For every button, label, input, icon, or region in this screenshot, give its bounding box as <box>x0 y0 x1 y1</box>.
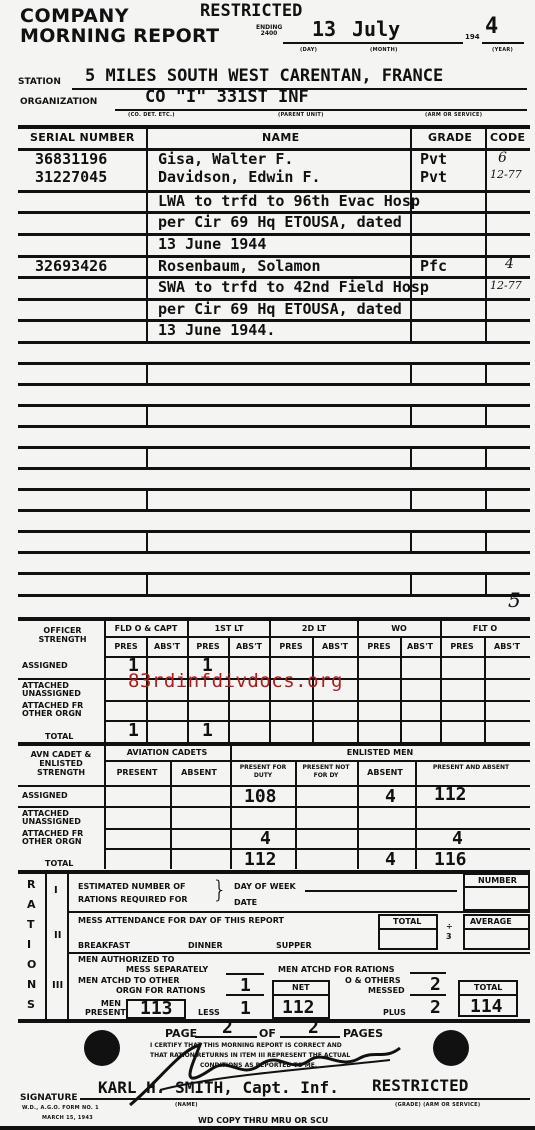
blank-col-divider <box>146 446 148 467</box>
form-bottom-border <box>0 1126 535 1130</box>
roster-remark: SWA to trfd to 42nd Field Hosp <box>158 278 429 296</box>
roster-serial: 32693426 <box>35 257 107 275</box>
roster-grade: Pfc <box>420 257 447 275</box>
rations-required-label-1: ESTIMATED NUMBER OF <box>78 882 185 891</box>
month-caption: (MONTH) <box>370 47 398 53</box>
blank-col-divider <box>146 488 148 509</box>
restricted-stamp-top: RESTRICTED <box>200 1 302 21</box>
wd-copy-note: WD COPY THRU MRU OR SCU <box>198 1116 328 1125</box>
organization-label: ORGANIZATION <box>20 97 97 107</box>
rations-top-border <box>18 870 530 874</box>
officer-row-line <box>104 656 530 658</box>
column-header-code: CODE <box>490 131 525 144</box>
blank-col-divider <box>410 362 412 383</box>
divide-by-three-label: ÷ 3 <box>446 922 454 942</box>
section-1-divider <box>67 911 530 913</box>
officer-subcol-pres: PRES <box>188 642 228 651</box>
blank-col-divider <box>410 530 412 551</box>
blank-col-divider <box>485 404 487 425</box>
roster-code: 12-77 <box>490 279 522 292</box>
men-present-value: 113 <box>140 998 173 1019</box>
rations-letter: R <box>27 878 35 891</box>
blank-col-divider <box>410 446 412 467</box>
year-underline <box>482 42 524 44</box>
rations-letter: O <box>27 958 36 971</box>
station-value: 5 MILES SOUTH WEST CARENTAN, FRANCE <box>85 66 443 86</box>
blank-rule <box>18 488 530 491</box>
name-caption: (NAME) <box>175 1102 198 1108</box>
blank-col-divider <box>410 488 412 509</box>
roster-name: Davidson, Edwin F. <box>158 168 321 186</box>
officer-subcol-pres: PRES <box>270 642 312 651</box>
roster-code: 4 <box>505 256 514 272</box>
enlisted-present-not-duty: PRESENT NOT FOR DY <box>296 764 356 780</box>
rations-letter: A <box>27 898 36 911</box>
enlisted-strength-title: AVN CADET & ENLISTED STRENGTH <box>20 750 102 777</box>
officer-row-attached-other: ATTACHED FR OTHER ORGN <box>22 702 100 718</box>
blank-rule <box>18 425 530 428</box>
roster-remark: 13 June 1944. <box>158 321 275 339</box>
blank-col-divider <box>485 572 487 594</box>
officer-subcol-abst: ABS'T <box>484 642 530 651</box>
enlisted-attached-present-absent: 4 <box>452 828 463 849</box>
parent-unit-caption: (PARENT UNIT) <box>278 112 324 118</box>
blank-col-divider <box>485 530 487 551</box>
rations-letter: S <box>27 998 35 1011</box>
blank-col-divider <box>410 404 412 425</box>
grade-caption: (GRADE) (ARM OR SERVICE) <box>395 1102 480 1108</box>
mess-total-label: TOTAL <box>393 917 421 926</box>
atchd-rations-label-2: O & OTHERS <box>345 976 401 985</box>
enlisted-top-border <box>18 742 530 746</box>
year-prefix: 194 <box>465 33 480 41</box>
pages-label: PAGES <box>343 1027 383 1040</box>
rations-required-label-2: RATIONS REQUIRED FOR <box>78 895 188 904</box>
signature-line <box>80 1098 530 1100</box>
signer-name: KARL H. SMITH, Capt. Inf. <box>98 1078 339 1097</box>
enlisted-present-duty: PRESENT FOR DUTY <box>232 764 294 780</box>
atchd-rations-label-1: MEN ATCHD FOR RATIONS <box>278 965 395 974</box>
officer-grid-line <box>357 620 359 742</box>
blank-col-divider <box>485 488 487 509</box>
date-underline <box>283 42 463 44</box>
binder-hole-right <box>433 1030 469 1066</box>
page-label: PAGE <box>165 1027 197 1040</box>
blank-col-divider <box>146 362 148 383</box>
mess-separately-label-2: MESS SEPARATELY <box>126 965 208 974</box>
officer-group-2dlt: 2D LT <box>270 624 358 633</box>
enlisted-row-assigned: ASSIGNED <box>22 792 68 800</box>
blank-col-divider <box>146 404 148 425</box>
blank-rule <box>18 572 530 575</box>
number-box-divider <box>463 886 530 888</box>
cadets-present: PRESENT <box>106 768 168 777</box>
rations-total-label: TOTAL <box>474 983 502 992</box>
binder-hole-left <box>84 1030 120 1066</box>
roster-name: Gisa, Walter F. <box>158 150 293 168</box>
roster-code: 6 <box>498 150 507 166</box>
column-header-serial: SERIAL NUMBER <box>30 131 135 144</box>
form-title-line1: COMPANY <box>20 5 129 27</box>
page-number-line <box>195 1036 257 1038</box>
section-2-divider <box>67 952 530 954</box>
roster-grade: Pvt <box>420 150 447 168</box>
roster-remark: LWA to trfd to 96th Evac Hosp <box>158 192 420 210</box>
enlisted-assigned-present-absent: 112 <box>434 784 467 805</box>
restricted-stamp-bottom: RESTRICTED <box>372 1076 468 1095</box>
men-present-label: MEN PRESENT <box>85 999 121 1017</box>
breakfast-label: BREAKFAST <box>78 941 130 950</box>
day-of-week-line <box>305 890 457 892</box>
officer-row-line <box>104 720 530 722</box>
enlisted-grid-line <box>295 760 297 869</box>
plus-value: 2 <box>430 997 441 1018</box>
officer-total-1stlt-pres: 1 <box>202 720 213 741</box>
net-value: 112 <box>282 997 315 1018</box>
mess-separately-label-1: MEN AUTHORIZED TO <box>78 955 174 964</box>
column-header-grade: GRADE <box>428 131 472 144</box>
day-caption: (DAY) <box>300 47 317 53</box>
day-of-week-label: DAY OF WEEK <box>234 882 296 891</box>
enlisted-grid-line <box>170 760 172 869</box>
roster-top-border <box>18 125 530 129</box>
officer-subcol-pres: PRES <box>440 642 484 651</box>
roster-rule <box>18 233 530 236</box>
roster-code: 12-77 <box>490 168 522 181</box>
report-year-digit: 4 <box>485 14 498 39</box>
ending-label: ENDING 2400 <box>256 25 282 37</box>
officer-grid-line <box>484 636 486 742</box>
of-label: OF <box>259 1027 276 1040</box>
roster-rule <box>18 341 530 344</box>
enlisted-present-and-absent: PRESENT AND ABSENT <box>416 764 526 772</box>
enlisted-total-absent: 4 <box>385 849 396 870</box>
officer-row-total: TOTAL <box>45 733 73 741</box>
dinner-label: DINNER <box>188 941 223 950</box>
officer-strength-title: OFFICER STRENGTH <box>25 626 100 644</box>
roster-remark: per Cir 69 Hq ETOUSA, dated <box>158 300 402 318</box>
officer-subcol-abst: ABS'T <box>146 642 188 651</box>
officer-row-line <box>104 700 530 702</box>
date-label: DATE <box>234 898 257 907</box>
year-caption: (YEAR) <box>492 47 513 53</box>
enlisted-grid-line <box>415 760 417 869</box>
organization-value: CO "I" 331ST INF <box>145 87 309 107</box>
blank-col-divider <box>485 362 487 383</box>
officer-grid-line <box>440 620 442 742</box>
mess-average-label: AVERAGE <box>470 917 512 926</box>
officer-subheader-divider <box>106 636 530 638</box>
number-label: NUMBER <box>478 876 517 885</box>
officer-subcol-abst: ABS'T <box>228 642 270 651</box>
roster-name: Rosenbaum, Solamon <box>158 257 321 275</box>
enlisted-grid-line <box>357 760 359 869</box>
plus-label: PLUS <box>383 1008 406 1017</box>
officer-subcol-abst: ABS'T <box>400 642 440 651</box>
form-number: W.D., A.G.O. FORM NO. 1 <box>22 1105 99 1111</box>
atchd-other-label-2: ORGN FOR RATIONS <box>116 986 206 995</box>
blank-col-divider <box>410 572 412 594</box>
margin-note: 5 <box>508 588 521 612</box>
atchd-other-label-1: MEN ATCHD TO OTHER <box>78 976 180 985</box>
form-title-line2: MORNING REPORT <box>20 25 219 47</box>
officer-subcol-pres: PRES <box>106 642 146 651</box>
page-number: 2 <box>222 1017 233 1038</box>
cadets-absent: ABSENT <box>170 768 228 777</box>
mess-average-divider <box>463 928 530 930</box>
blank-rule <box>18 530 530 533</box>
page-total: 2 <box>308 1017 319 1038</box>
rations-section-2-numeral: II <box>54 930 61 941</box>
enlisted-total-present-duty: 112 <box>244 849 277 870</box>
enlisted-row-attached-other: ATTACHED FR OTHER ORGN <box>22 830 100 846</box>
blank-col-divider <box>146 572 148 594</box>
rations-total-value: 114 <box>470 996 503 1017</box>
blank-col-divider <box>146 530 148 551</box>
organization-underline <box>115 109 527 111</box>
enlisted-assigned-present-duty: 108 <box>244 786 277 807</box>
atchd-other-value: 1 <box>240 975 251 996</box>
mess-total-divider <box>378 928 438 930</box>
blank-rule <box>18 362 530 365</box>
supper-label: SUPPER <box>276 941 312 950</box>
blank-rule <box>18 467 530 470</box>
form-date: MARCH 15, 1943 <box>42 1115 93 1121</box>
officer-top-border <box>18 617 530 621</box>
officer-group-1stlt: 1ST LT <box>188 624 270 633</box>
enlisted-total-present-absent: 116 <box>434 849 467 870</box>
officer-total-fldo-pres: 1 <box>128 720 139 741</box>
mess-attendance-label: MESS ATTENDANCE FOR DAY OF THIS REPORT <box>78 916 284 925</box>
officer-subcol-abst: ABS'T <box>312 642 358 651</box>
enlisted-row-attached-unassigned: ATTACHED UNASSIGNED <box>22 810 100 826</box>
roster-serial: 31227045 <box>35 168 107 186</box>
officer-row-assigned: ASSIGNED <box>22 662 68 670</box>
arm-caption: (ARM OR SERVICE) <box>425 112 482 118</box>
blank-col-divider <box>485 446 487 467</box>
less-label: LESS <box>198 1008 220 1017</box>
atchd-rations-label-3: MESSED <box>368 986 405 995</box>
officer-row-attached-unassigned: ATTACHED UNASSIGNED <box>22 682 100 698</box>
blank-rule <box>18 446 530 449</box>
rations-numeral-divider <box>67 873 69 1019</box>
officer-subcol-pres: PRES <box>358 642 400 651</box>
rations-section-3-numeral: III <box>52 980 63 991</box>
officer-group-wo: WO <box>358 624 440 633</box>
rations-section-1-numeral: I <box>54 885 58 896</box>
enlisted-row-line <box>104 828 530 830</box>
roster-remark: 13 June 1944 <box>158 235 266 253</box>
roster-remark: per Cir 69 Hq ETOUSA, dated <box>158 213 402 231</box>
less-value: 1 <box>240 998 251 1019</box>
report-day: 13 <box>312 17 336 41</box>
blank-rule <box>18 551 530 554</box>
aviation-cadets-group: AVIATION CADETS <box>106 748 228 757</box>
report-month: July <box>352 17 400 41</box>
net-box-divider <box>272 994 330 996</box>
enlisted-absent: ABSENT <box>358 768 412 777</box>
column-header-name: NAME <box>262 131 299 144</box>
officer-group-fldo: FLD O & CAPT <box>106 624 186 633</box>
enlisted-attached-present-duty: 4 <box>260 828 271 849</box>
station-label: STATION <box>18 77 61 87</box>
enlisted-assigned-absent: 4 <box>385 786 396 807</box>
blank-rule <box>18 404 530 407</box>
rations-bottom-border <box>18 1019 530 1023</box>
rations-letter: N <box>27 978 36 991</box>
officer-grid-line <box>104 620 106 742</box>
net-label: NET <box>292 983 310 992</box>
roster-grade: Pvt <box>420 168 447 186</box>
signature-label: SIGNATURE <box>20 1093 78 1103</box>
blank-rule <box>18 594 530 597</box>
page-total-line <box>280 1036 340 1038</box>
rations-letter: T <box>27 918 35 931</box>
enlisted-row-total: TOTAL <box>45 860 73 868</box>
officer-grid-line <box>400 636 402 742</box>
atchd-rations-value: 2 <box>430 974 441 995</box>
rations-letter: I <box>27 938 31 951</box>
officer-group-flto: FLT O <box>440 624 530 633</box>
blank-rule <box>18 509 530 512</box>
roster-serial: 36831196 <box>35 150 107 168</box>
rations-side-divider <box>45 873 47 1019</box>
enlisted-subheader-divider <box>104 760 530 762</box>
watermark: 83rdinfdivdocs.org <box>128 670 343 692</box>
co-caption: (CO. DET. ETC.) <box>128 112 175 118</box>
blank-rule <box>18 383 530 386</box>
brace-icon: } <box>212 876 227 904</box>
enlisted-men-group: ENLISTED MEN <box>230 748 530 757</box>
